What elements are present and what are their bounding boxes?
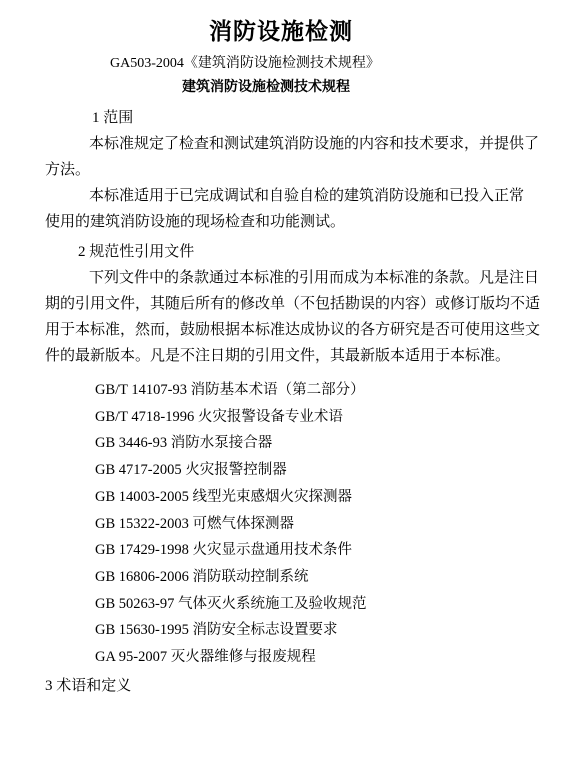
paragraph-line: 下列文件中的条款通过本标准的引用而成为本标准的条款。凡是注日 [89, 265, 562, 291]
page-title: 消防设施检测 [0, 18, 562, 46]
paragraph-line: 件的最新版本。凡是不注日期的引用文件，其最新版本适用于本标准。 [45, 343, 562, 369]
referenced-standard-item: GB/T 14107-93 消防基本术语（第二部分） [95, 377, 562, 404]
referenced-standard-item: GB 16806-2006 消防联动控制系统 [95, 564, 562, 591]
referenced-standard-item: GB/T 4718-1996 火灾报警设备专业术语 [95, 404, 562, 431]
paragraph-line: 方法。 [45, 157, 562, 183]
paragraph-line: 用于本标准，然而，鼓励根据本标准达成协议的各方研究是否可使用这些文 [45, 317, 562, 343]
standard-reference-line: GA503-2004《建筑消防设施检测技术规程》 [110, 54, 562, 73]
paragraph-line: 期的引用文件，其随后所有的修改单（不包括勘误的内容）或修订版均不适 [45, 291, 562, 317]
referenced-standard-item: GB 17429-1998 火灾显示盘通用技术条件 [95, 537, 562, 564]
referenced-standard-item: GB 14003-2005 线型光束感烟火灾探测器 [95, 484, 562, 511]
document-subtitle: 建筑消防设施检测技术规程 [182, 78, 562, 97]
referenced-standard-item: GB 15630-1995 消防安全标志设置要求 [95, 617, 562, 644]
section-heading-scope: 1 范围 [92, 105, 562, 131]
paragraph-line: 本标准适用于已完成调试和自验自检的建筑消防设施和已投入正常 [89, 183, 562, 209]
referenced-standard-item: GB 50263-97 气体灭火系统施工及验收规范 [95, 591, 562, 618]
referenced-standard-item: GB 15322-2003 可燃气体探测器 [95, 511, 562, 538]
normative-references-paragraphs: 下列文件中的条款通过本标准的引用而成为本标准的条款。凡是注日 期的引用文件，其随… [0, 265, 562, 369]
referenced-standard-item: GA 95-2007 灭火器维修与报废规程 [95, 644, 562, 671]
paragraph-line: 使用的建筑消防设施的现场检查和功能测试。 [45, 209, 562, 235]
referenced-standard-item: GB 3446-93 消防水泵接合器 [95, 430, 562, 457]
referenced-standards-list: GB/T 14107-93 消防基本术语（第二部分） GB/T 4718-199… [0, 377, 562, 671]
section-heading-terms: 3 术语和定义 [45, 673, 562, 699]
scope-paragraphs: 本标准规定了检查和测试建筑消防设施的内容和技术要求，并提供了 方法。 本标准适用… [0, 131, 562, 235]
referenced-standard-item: GB 4717-2005 火灾报警控制器 [95, 457, 562, 484]
document-page: 消防设施检测 GA503-2004《建筑消防设施检测技术规程》 建筑消防设施检测… [0, 0, 562, 764]
paragraph-line: 本标准规定了检查和测试建筑消防设施的内容和技术要求，并提供了 [89, 131, 562, 157]
section-heading-normative-references: 2 规范性引用文件 [78, 239, 562, 265]
